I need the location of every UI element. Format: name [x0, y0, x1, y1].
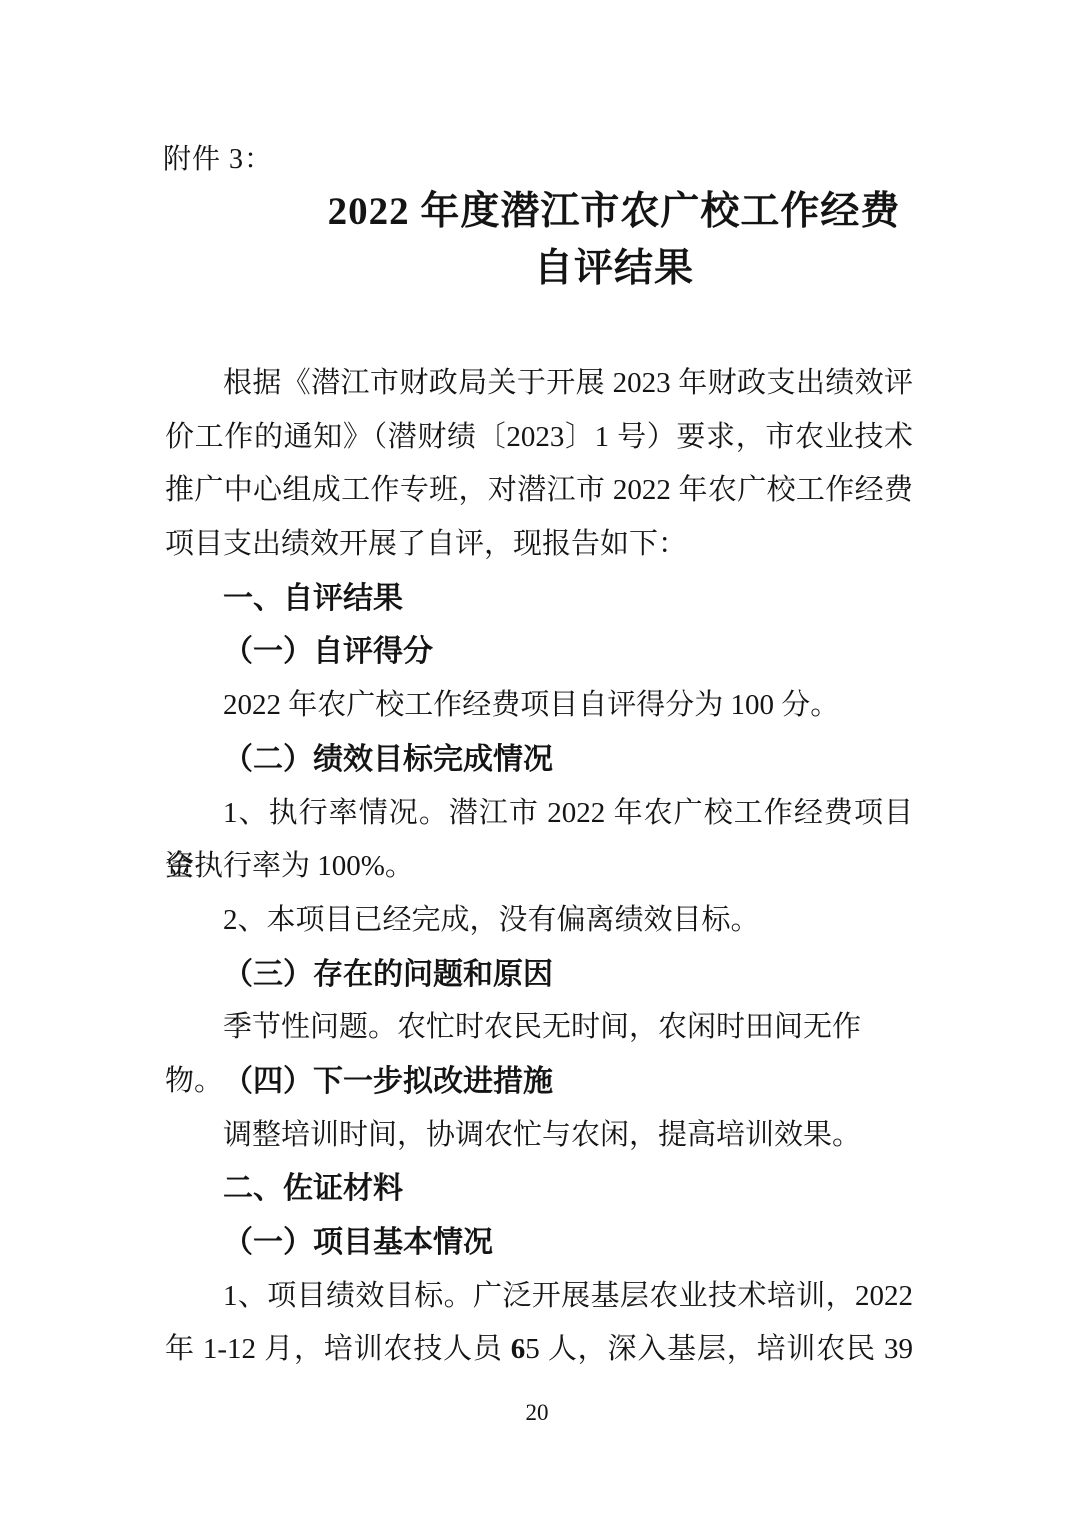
- para-project-target-line-2: 年 1-12 月，培训农技人员 65 人，深入基层，培训农民 39: [165, 1323, 913, 1377]
- heading-1-4-improvement-measures: （四）下一步拟改进措施: [165, 1055, 913, 1109]
- para-project-target-line-2-pre: 年 1-12 月，培训农技人员: [165, 1333, 511, 1365]
- para-intro-line-1: 根据《潜江市财政局关于开展 2023 年财政支出绩效评: [165, 357, 913, 411]
- para-target-no-deviation: 2、本项目已经完成，没有偏离绩效目标。: [165, 894, 913, 948]
- heading-2-1-project-basic-info: （一）项目基本情况: [165, 1216, 913, 1270]
- para-score: 2022 年农广校工作经费项目自评得分为 100 分。: [165, 679, 913, 733]
- attachment-label: 附件 3：: [163, 142, 273, 178]
- title-line-2: 自评结果: [240, 240, 988, 297]
- title-line-1: 2022 年度潜江市农广校工作经费: [240, 183, 988, 240]
- para-project-target-line-1: 1、项目绩效目标。广泛开展基层农业技术培训，2022: [165, 1270, 913, 1324]
- heading-1-1-self-evaluation-score: （一）自评得分: [165, 625, 913, 679]
- page-number: 20: [0, 1400, 1074, 1426]
- document-page: 附件 3： 2022 年度潜江市农广校工作经费 自评结果 根据《潜江市财政局关于…: [0, 0, 1074, 1520]
- para-intro-line-2: 价工作的通知》（潜财绩〔2023〕1 号）要求，市农业技术: [165, 411, 913, 465]
- para-intro-line-3: 推广中心组成工作专班，对潜江市 2022 年农广校工作经费: [165, 464, 913, 518]
- para-intro-line-4: 项目支出绩效开展了自评，现报告如下：: [165, 518, 913, 572]
- heading-1-self-evaluation-results: 一、自评结果: [165, 572, 913, 626]
- para-project-target-line-2-bold-digit: 6: [511, 1333, 526, 1365]
- heading-1-3-problems-and-causes: （三）存在的问题和原因: [165, 948, 913, 1002]
- heading-1-2-performance-target-completion: （二）绩效目标完成情况: [165, 733, 913, 787]
- para-execution-rate-line-2: 金执行率为 100%。: [165, 840, 913, 894]
- document-title: 2022 年度潜江市农广校工作经费 自评结果: [165, 183, 988, 297]
- para-execution-rate-line-1: 1、执行率情况。潜江市 2022 年农广校工作经费项目资: [165, 787, 913, 841]
- para-project-target-line-2-post: 5 人，深入基层，培训农民 39: [525, 1333, 913, 1365]
- document-body: 根据《潜江市财政局关于开展 2023 年财政支出绩效评 价工作的通知》（潜财绩〔…: [165, 357, 913, 1377]
- heading-2-supporting-materials: 二、佐证材料: [165, 1162, 913, 1216]
- para-seasonal-problem: 季节性问题。农忙时农民无时间，农闲时田间无作物。: [165, 1001, 913, 1055]
- para-adjust-training: 调整培训时间，协调农忙与农闲，提高培训效果。: [165, 1109, 913, 1163]
